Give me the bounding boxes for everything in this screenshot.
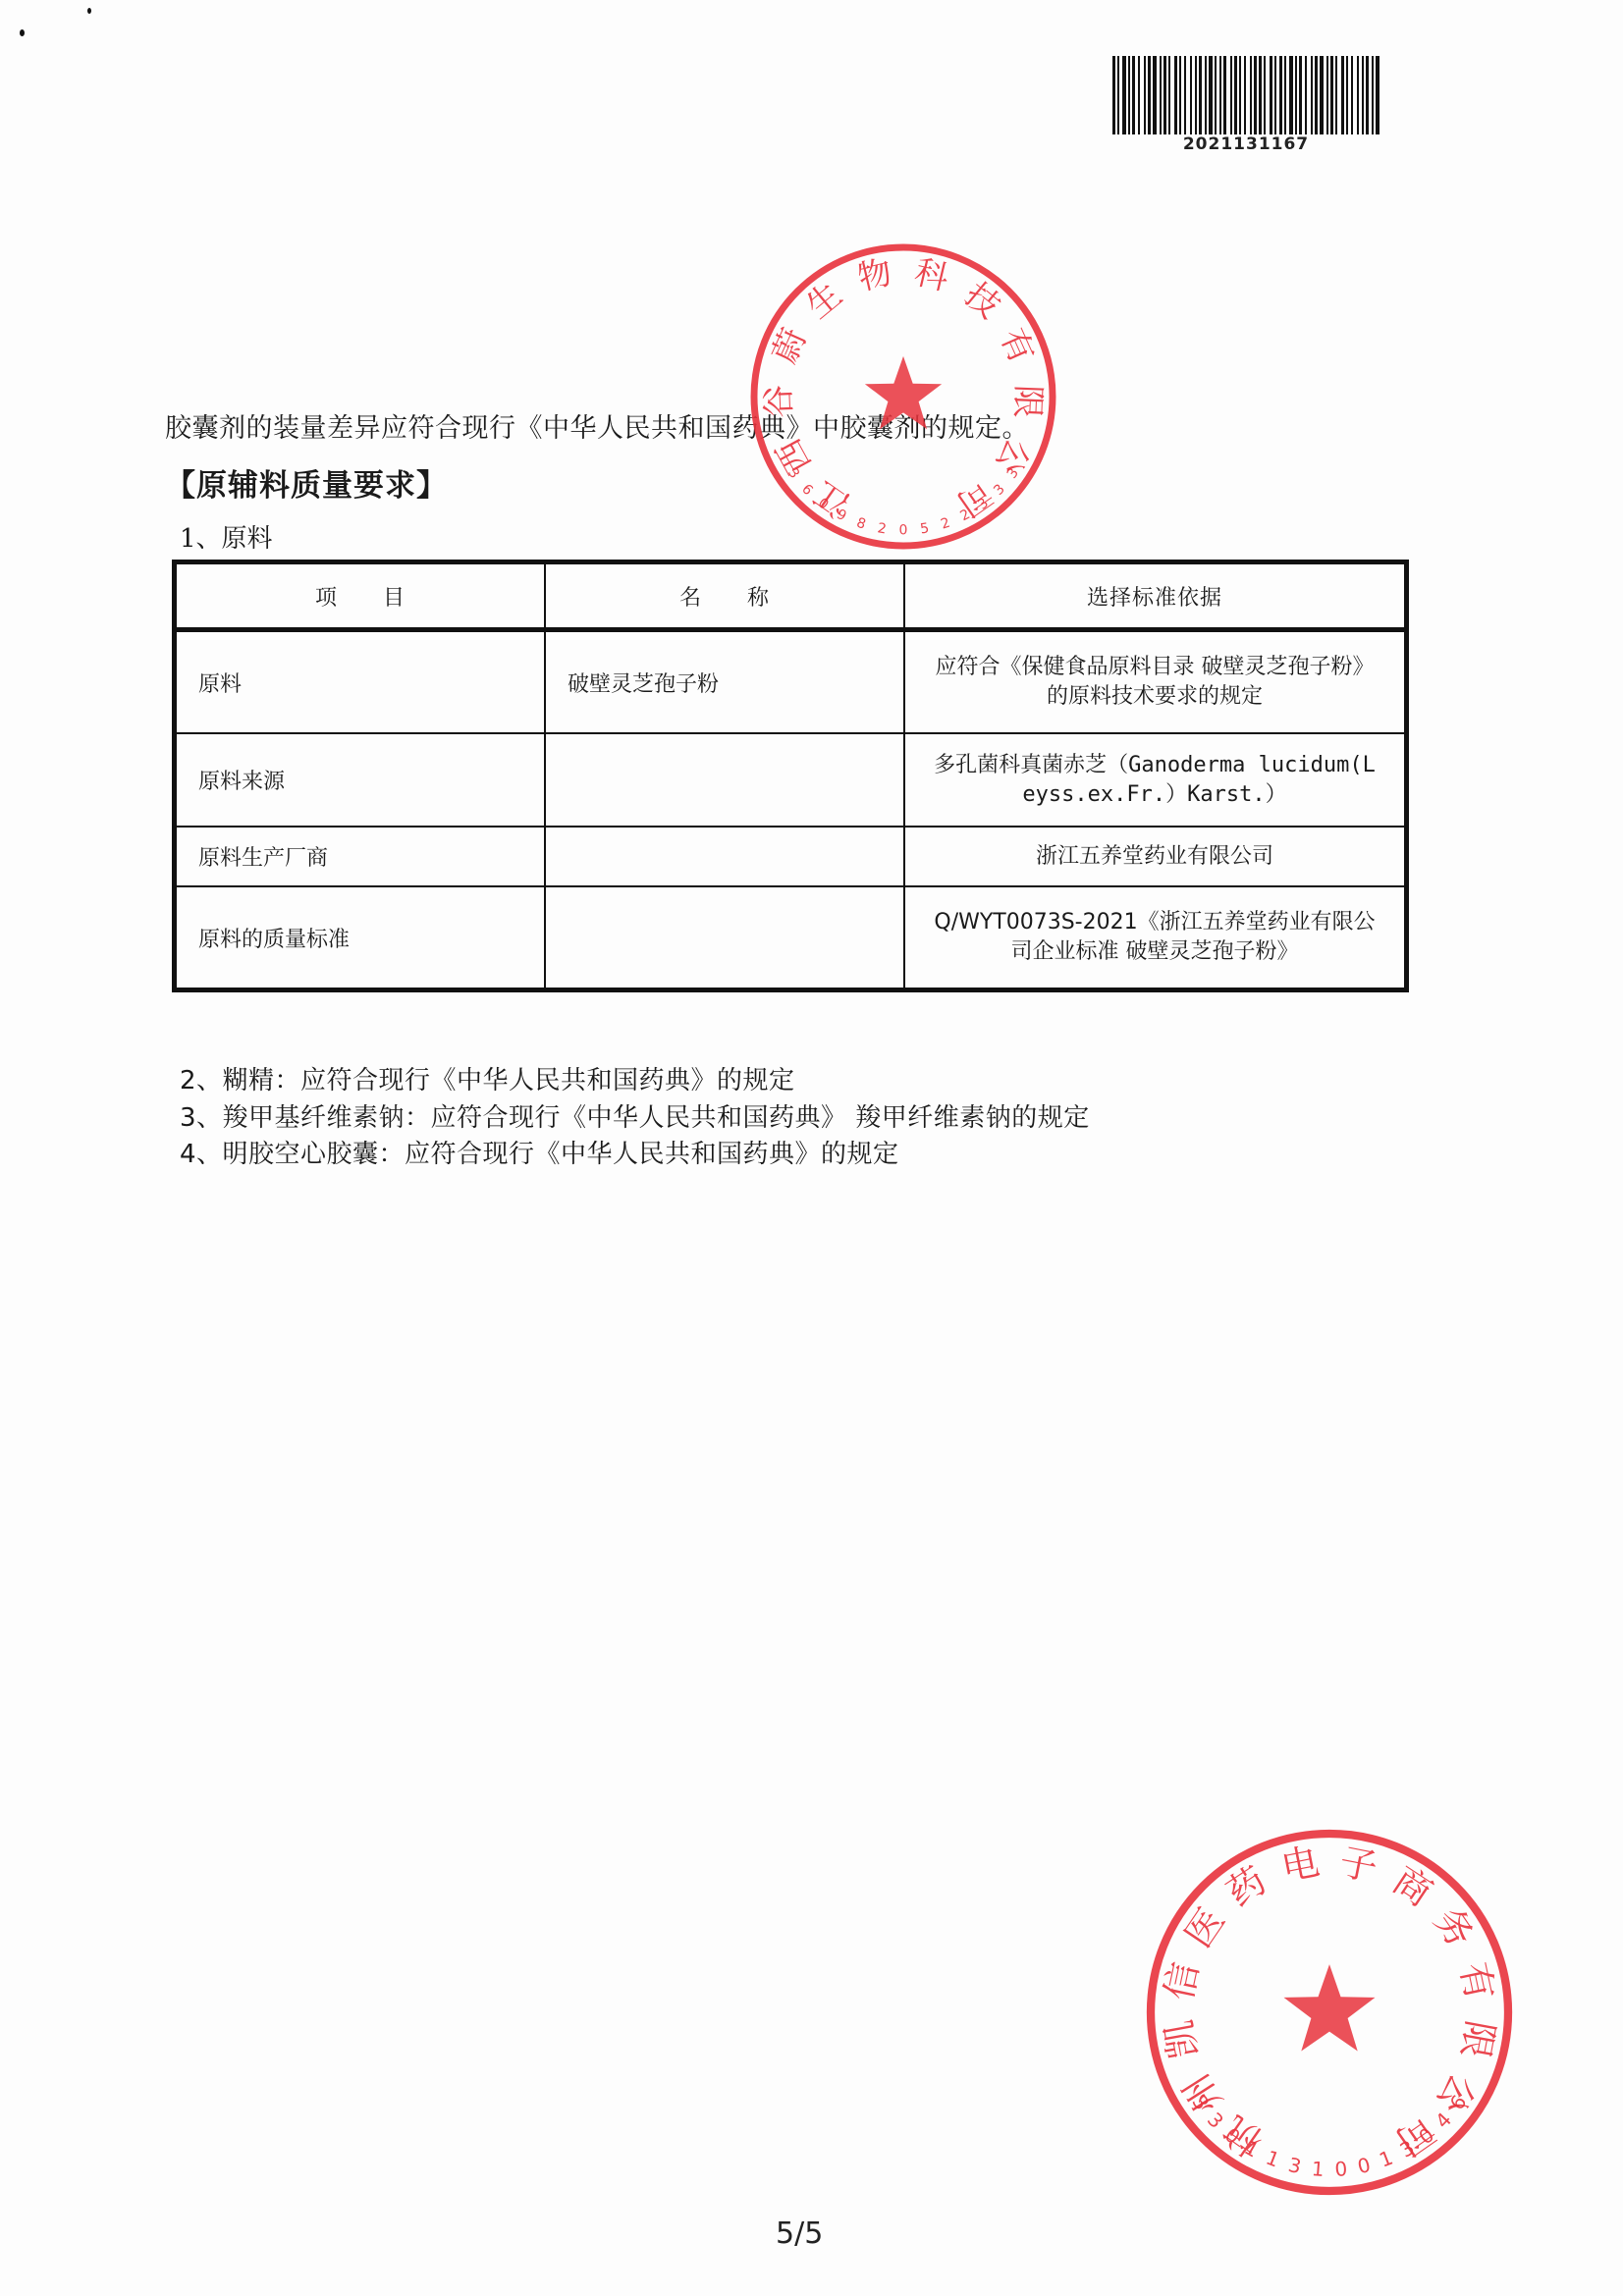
svg-text:1: 1 (1263, 2146, 1283, 2172)
scan-speck (87, 8, 91, 14)
svg-text:2: 2 (939, 515, 951, 533)
list-item-cmc-sodium: 3、羧甲基纤维素钠：应符合现行《中华人民共和国药典》 羧甲纤维素钠的规定 (180, 1097, 1090, 1134)
table-row: 原料 破壁灵芝孢子粉 应符合《保健食品原料目录 破壁灵芝孢子粉》的原料技术要求的… (175, 630, 1407, 734)
list-item-dextrin: 2、糊精：应符合现行《中华人民共和国药典》的规定 (180, 1060, 795, 1096)
cell-item: 原料 (175, 630, 546, 734)
barcode-bars (1112, 56, 1380, 134)
svg-text:1: 1 (1376, 2146, 1396, 2172)
header-name: 名 称 (545, 562, 904, 630)
svg-text:信: 信 (1157, 1958, 1207, 2003)
table-row: 原料来源 多孔菌科真菌赤芝（Ganoderma lucidum(Leyss.ex… (175, 733, 1407, 827)
svg-text:子: 子 (1336, 1840, 1381, 1890)
raw-material-table: 项 目 名 称 选择标准依据 原料 破壁灵芝孢子粉 应符合《保健食品原料目录 破… (172, 560, 1409, 992)
cell-item: 原料生产厂商 (175, 827, 546, 886)
cell-basis: 应符合《保健食品原料目录 破壁灵芝孢子粉》的原料技术要求的规定 (904, 630, 1407, 734)
cell-name-empty (545, 827, 904, 886)
barcode-number: 2021131167 (1112, 134, 1380, 154)
section-heading: 【原辅料质量要求】 (165, 460, 448, 505)
table-row: 原料生产厂商 浙江五养堂药业有限公司 (175, 827, 1407, 886)
svg-text:0: 0 (1334, 2157, 1348, 2181)
cell-basis: Q/WYT0073S-2021《浙江五养堂药业有限公司企业标准 破壁灵芝孢子粉》 (904, 886, 1407, 990)
svg-text:8: 8 (854, 515, 867, 533)
header-basis: 选择标准依据 (904, 562, 1407, 630)
page-number: 5/5 (776, 2216, 823, 2251)
svg-text:电: 电 (1277, 1840, 1323, 1890)
svg-text:科: 科 (911, 252, 952, 298)
scan-speck (20, 29, 25, 36)
barcode: 2021131167 (1112, 56, 1380, 154)
cell-basis: 浙江五养堂药业有限公司 (904, 827, 1407, 886)
svg-text:5: 5 (919, 520, 930, 537)
svg-text:1: 1 (1311, 2157, 1325, 2181)
svg-text:物: 物 (854, 252, 895, 298)
subsection-raw-material: 1、原料 (180, 518, 273, 555)
svg-text:凯: 凯 (1157, 2017, 1206, 2061)
cell-item: 原料的质量标准 (175, 886, 546, 990)
cell-basis: 多孔菌科真菌赤芝（Ganoderma lucidum(Leyss.ex.Fr.）… (904, 733, 1407, 827)
svg-text:0: 0 (1355, 2153, 1373, 2178)
company-seal-bottom: 杭州凯信医药电子商务有限公司33011310013046 (1145, 1828, 1514, 2197)
svg-text:谷: 谷 (759, 384, 799, 419)
cell-name-empty (545, 733, 904, 827)
svg-text:限: 限 (1453, 2017, 1502, 2061)
cell-item: 原料来源 (175, 733, 546, 827)
svg-text:有: 有 (1452, 1958, 1502, 2003)
table-row: 原料的质量标准 Q/WYT0073S-2021《浙江五养堂药业有限公司企业标准 … (175, 886, 1407, 990)
company-seal-top: 江西谷蔚生物科技有限公司3609820522333 (748, 241, 1058, 552)
header-item: 项 目 (175, 562, 546, 630)
svg-text:限: 限 (1007, 384, 1048, 419)
svg-text:3: 3 (1286, 2153, 1304, 2178)
list-item-gelatin-capsule: 4、明胶空心胶囊：应符合现行《中华人民共和国药典》的规定 (180, 1134, 899, 1170)
svg-text:2: 2 (877, 520, 888, 537)
cell-name-empty (545, 886, 904, 990)
table-header-row: 项 目 名 称 选择标准依据 (175, 562, 1407, 630)
svg-text:0: 0 (899, 523, 908, 539)
cell-name: 破壁灵芝孢子粉 (545, 630, 904, 734)
